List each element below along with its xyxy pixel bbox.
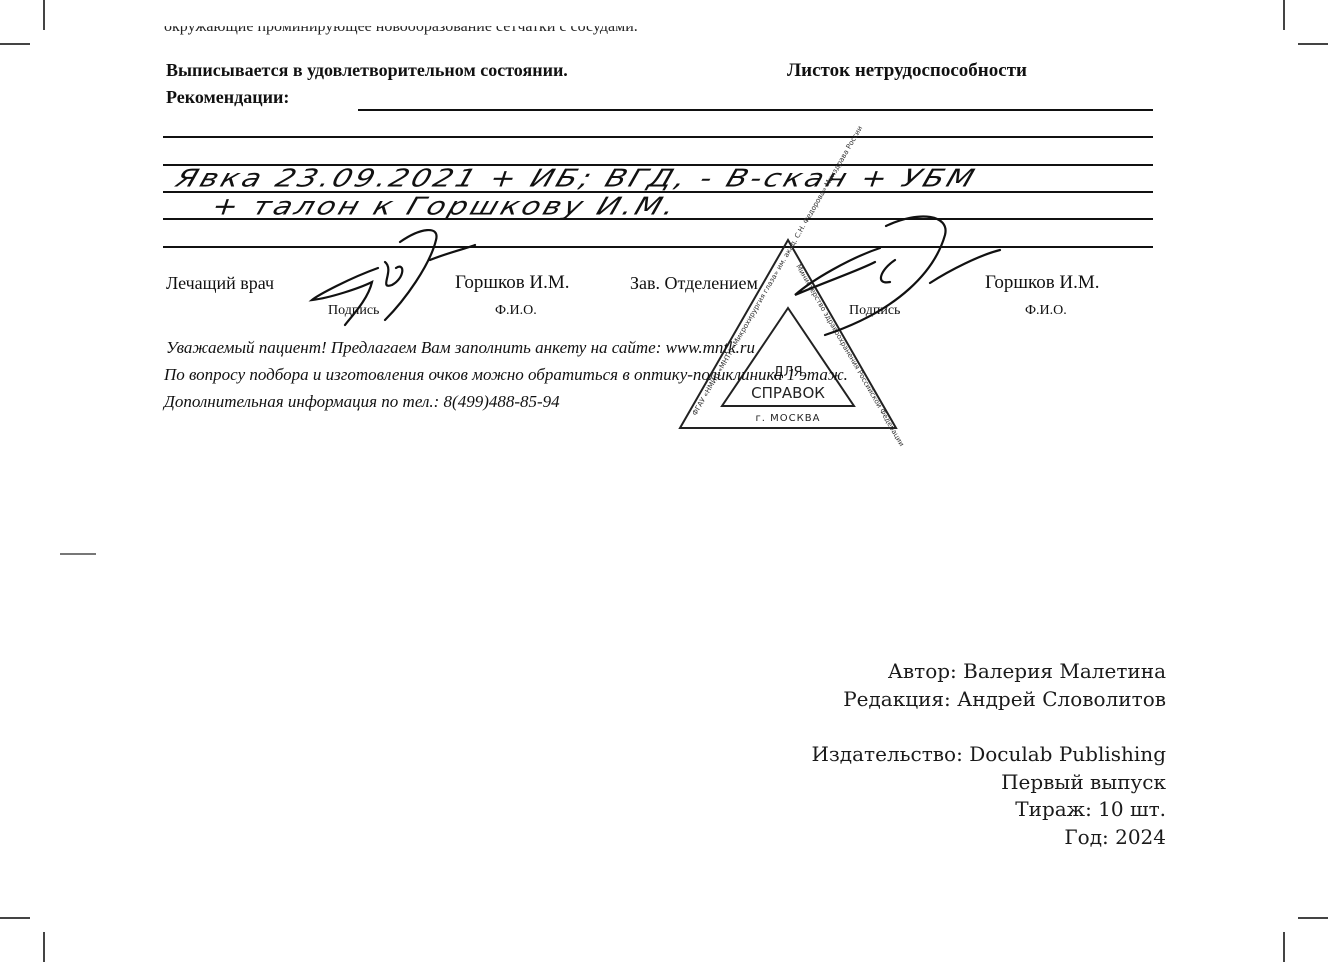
note-phone: Дополнительная информация по тел.: 8(499… (164, 392, 560, 412)
publisher: Издательство: Doculab Publishing (811, 741, 1166, 769)
edition: Первый выпуск (811, 769, 1166, 797)
colophon-publication: Издательство: Doculab Publishing Первый … (811, 741, 1166, 851)
author: Автор: Валерия Малетина (843, 658, 1166, 686)
note-optics: По вопросу подбора и изготовления очков … (164, 365, 848, 385)
note-survey: Уважаемый пациент! Предлагаем Вам заполн… (166, 338, 755, 358)
year: Год: 2024 (811, 824, 1166, 852)
print-run: Тираж: 10 шт. (811, 796, 1166, 824)
colophon-credits: Автор: Валерия Малетина Редакция: Андрей… (843, 658, 1166, 713)
editor: Редакция: Андрей Словолитов (843, 686, 1166, 714)
